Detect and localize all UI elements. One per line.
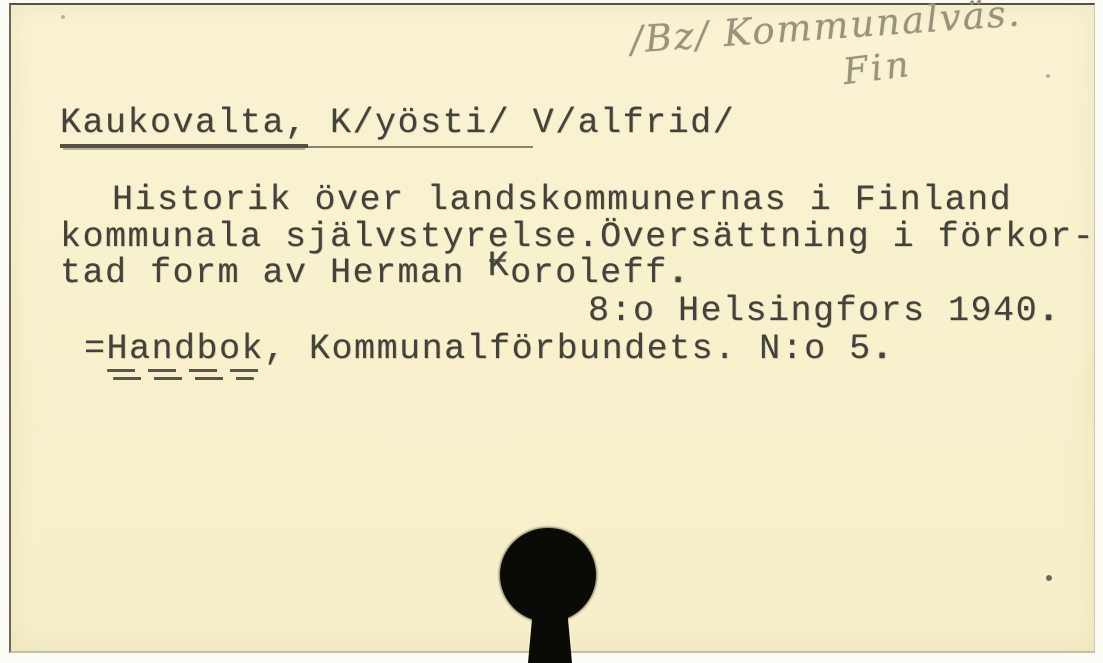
equals-sign: = <box>84 329 107 369</box>
card-heading-author: Kaukovalta, K/yösti/ V/alfrid/ <box>60 106 735 141</box>
period: . <box>872 329 895 369</box>
title-text: Historik över landskommunernas i Finland <box>112 180 1012 220</box>
imprint-text: 8:o Helsingfors 1940 <box>588 291 1038 331</box>
body-line-imprint: 8:o Helsingfors 1940. <box>588 294 1061 329</box>
series-name-underlined: Handbok <box>107 329 265 369</box>
period: . <box>668 253 691 293</box>
series-text-post: , Kommunalförbundets. N:o 5 <box>264 329 872 369</box>
body-line-translator: tad form av Herman Koroleff. <box>60 256 690 291</box>
raised-letter: K <box>488 246 511 286</box>
heading-surname: Kaukovalta, <box>60 103 308 148</box>
scan-speck <box>1046 74 1050 78</box>
translator-text-pre: tad form av Herman <box>60 253 488 293</box>
body-line-series: =Handbok, Kommunalförbundets. N:o 5. <box>84 332 894 367</box>
scanned-catalog-card: /Bz/ Kommunalväs. Fin Kaukovalta, K/yöst… <box>0 0 1103 663</box>
title-text-pre: kommunala självstyr <box>60 217 488 257</box>
heading-given-names-underlined: K/yösti/ <box>308 103 533 148</box>
handwritten-note: Fin <box>841 44 914 93</box>
heading-given-names-plain: V/alfrid/ <box>533 103 736 143</box>
scan-speck <box>61 15 65 19</box>
translator-text-post: oroleff <box>510 253 668 293</box>
period: . <box>1038 291 1061 331</box>
body-line-title: Historik över landskommunernas i Finland <box>112 183 1012 218</box>
scan-speck <box>1046 575 1052 581</box>
title-text-post: lse.Översättning i förkor- <box>510 217 1095 257</box>
body-line-title-continued: kommunala självstyrelse.Översättning i f… <box>60 220 1095 255</box>
